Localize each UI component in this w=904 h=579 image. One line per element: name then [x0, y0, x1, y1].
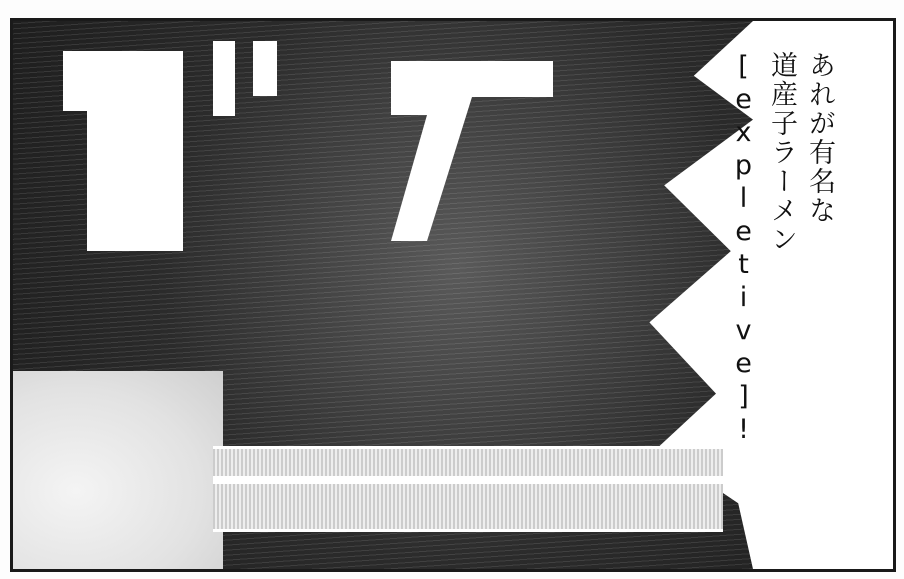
- caption-line: 道産子ラーメン[expletive]!: [724, 51, 800, 569]
- sound-effect-dakuten: [213, 41, 235, 116]
- caption-line: あれが有名な: [800, 51, 838, 569]
- signboard-stripe: [213, 476, 723, 484]
- sound-effect-dakuten: [253, 41, 277, 96]
- manga-panel: あれが有名な 道産子ラーメン[expletive]!: [10, 18, 896, 572]
- blurred-foreground-figure: [13, 371, 223, 571]
- caption-text: あれが有名な 道産子ラーメン[expletive]!: [724, 51, 838, 569]
- shop-signboard: [213, 446, 723, 532]
